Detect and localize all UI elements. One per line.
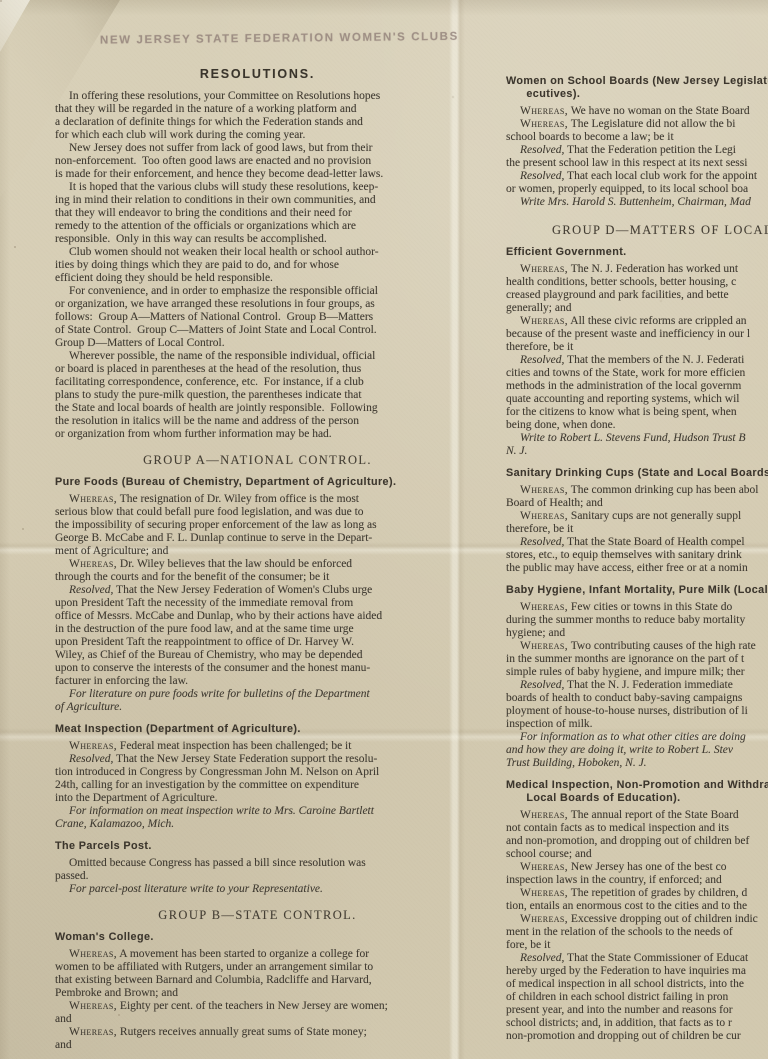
group-heading: GROUP B—STATE CONTROL. xyxy=(55,909,460,922)
paragraph: Resolved, That the State Board of Health… xyxy=(506,536,768,575)
paragraph: It is hoped that the various clubs will … xyxy=(55,181,460,246)
italic-note: Write to Robert L. Stevens Fund, Hudson … xyxy=(506,432,768,458)
paragraph: Resolved, That each local club work for … xyxy=(506,170,768,196)
right-text-column: Women on School Boards (New Jersey Legis… xyxy=(506,66,768,1043)
section-heading: Efficient Government. xyxy=(506,246,768,259)
lead-word: Whereas, xyxy=(69,948,117,960)
lead-word: Whereas, xyxy=(520,887,568,899)
paragraph: Resolved, That the N. J. Federation imme… xyxy=(506,679,768,731)
section-heading: Pure Foods (Bureau of Chemistry, Departm… xyxy=(55,476,460,489)
lead-word: Whereas, xyxy=(520,118,568,130)
italic-note: For information on meat inspection write… xyxy=(55,805,460,831)
paragraph: Whereas, The annual report of the State … xyxy=(506,809,768,861)
lead-word: Whereas, xyxy=(69,1000,117,1012)
paragraph: Whereas, A movement has been started to … xyxy=(55,948,460,1000)
paragraph: In offering these resolutions, your Comm… xyxy=(55,90,460,142)
lead-word: Whereas, xyxy=(520,315,568,327)
lead-word: Whereas, xyxy=(69,740,117,752)
section-heading: The Parcels Post. xyxy=(55,840,460,853)
lead-word: Whereas, xyxy=(69,493,117,505)
section-heading: Women on School Boards (New Jersey Legis… xyxy=(506,75,768,101)
paragraph: Whereas, Excessive dropping out of child… xyxy=(506,913,768,952)
section-heading: Sanitary Drinking Cups (State and Local … xyxy=(506,467,768,480)
ownership-stamp: NEW JERSEY STATE FEDERATION WOMEN'S CLUB… xyxy=(100,31,400,46)
lead-word: Whereas, xyxy=(520,809,568,821)
paragraph: Resolved, That the Federation petition t… xyxy=(506,144,768,170)
italic-note: Write Mrs. Harold S. Buttenheim, Chairma… xyxy=(506,196,768,209)
lead-word: Resolved, xyxy=(520,144,564,156)
italic-note: For literature on pure foods write for b… xyxy=(55,688,460,714)
lead-word: Whereas, xyxy=(520,601,568,613)
paragraph: Whereas, Two contributing causes of the … xyxy=(506,640,768,679)
lead-word: Whereas, xyxy=(520,263,568,275)
group-heading: GROUP A—NATIONAL CONTROL. xyxy=(55,454,460,467)
italic-note: For information as to what other cities … xyxy=(506,731,768,770)
lead-word: Whereas, xyxy=(520,105,568,117)
italic-note: For parcel-post literature write to your… xyxy=(55,883,460,896)
paragraph: Whereas, Federal meat inspection has bee… xyxy=(55,740,460,753)
paragraph: Resolved, That the members of the N. J. … xyxy=(506,354,768,432)
lead-word: Whereas, xyxy=(520,510,568,522)
document-page: { "stamp": { "text": "NEW JERSEY STATE F… xyxy=(0,0,768,1059)
paragraph: Whereas, Few cities or towns in this Sta… xyxy=(506,601,768,640)
lead-word: Whereas, xyxy=(520,640,568,652)
lead-word: Whereas, xyxy=(520,484,568,496)
left-text-column: RESOLUTIONS.In offering these resolution… xyxy=(55,68,460,1052)
paragraph: Resolved, That the New Jersey State Fede… xyxy=(55,753,460,805)
paragraph: New Jersey does not suffer from lack of … xyxy=(55,142,460,181)
lead-word: Whereas, xyxy=(520,913,568,925)
lead-word: Resolved, xyxy=(69,753,113,765)
lead-word: Resolved, xyxy=(520,952,564,964)
paragraph: Whereas, All these civic reforms are cri… xyxy=(506,315,768,354)
lead-word: Whereas, xyxy=(520,861,568,873)
paragraph: Whereas, The repetition of grades by chi… xyxy=(506,887,768,913)
group-heading: GROUP D—MATTERS OF LOCAL CO xyxy=(506,224,768,237)
paper-specks xyxy=(0,0,2,2)
paragraph: Whereas, We have no woman on the State B… xyxy=(506,105,768,118)
paragraph: Whereas, The N. J. Federation has worked… xyxy=(506,263,768,315)
lead-word: Resolved, xyxy=(520,170,564,182)
lead-word: Resolved, xyxy=(520,536,564,548)
paragraph: For convenience, and in order to emphasi… xyxy=(55,285,460,350)
paragraph: Whereas, The common drinking cup has bee… xyxy=(506,484,768,510)
folded-corner-edge xyxy=(0,0,30,52)
paragraph: Omitted because Congress has passed a bi… xyxy=(55,857,460,883)
paragraph: Whereas, New Jersey has one of the best … xyxy=(506,861,768,887)
paragraph: Whereas, The Legislature did not allow t… xyxy=(506,118,768,144)
paragraph: Whereas, Sanitary cups are not generally… xyxy=(506,510,768,536)
paragraph: Whereas, Dr. Wiley believes that the law… xyxy=(55,558,460,584)
lead-word: Whereas, xyxy=(69,558,117,570)
paragraph: Resolved, That the State Commissioner of… xyxy=(506,952,768,1043)
paragraph: Club women should not weaken their local… xyxy=(55,246,460,285)
lead-word: Resolved, xyxy=(69,584,113,596)
document-title: RESOLUTIONS. xyxy=(55,68,460,81)
section-heading: Baby Hygiene, Infant Mortality, Pure Mil… xyxy=(506,584,768,597)
section-heading: Meat Inspection (Department of Agricultu… xyxy=(55,723,460,736)
paragraph: Whereas, Rutgers receives annually great… xyxy=(55,1026,460,1052)
section-heading: Woman's College. xyxy=(55,931,460,944)
paragraph: Whereas, Eighty per cent. of the teacher… xyxy=(55,1000,460,1026)
paragraph: Whereas, The resignation of Dr. Wiley fr… xyxy=(55,493,460,558)
lead-word: Resolved, xyxy=(520,354,564,366)
lead-word: Whereas, xyxy=(69,1026,117,1038)
paragraph: Wherever possible, the name of the respo… xyxy=(55,350,460,441)
paragraph: Resolved, That the New Jersey Federation… xyxy=(55,584,460,688)
lead-word: Resolved, xyxy=(520,679,564,691)
section-heading: Medical Inspection, Non-Promotion and Wi… xyxy=(506,779,768,805)
